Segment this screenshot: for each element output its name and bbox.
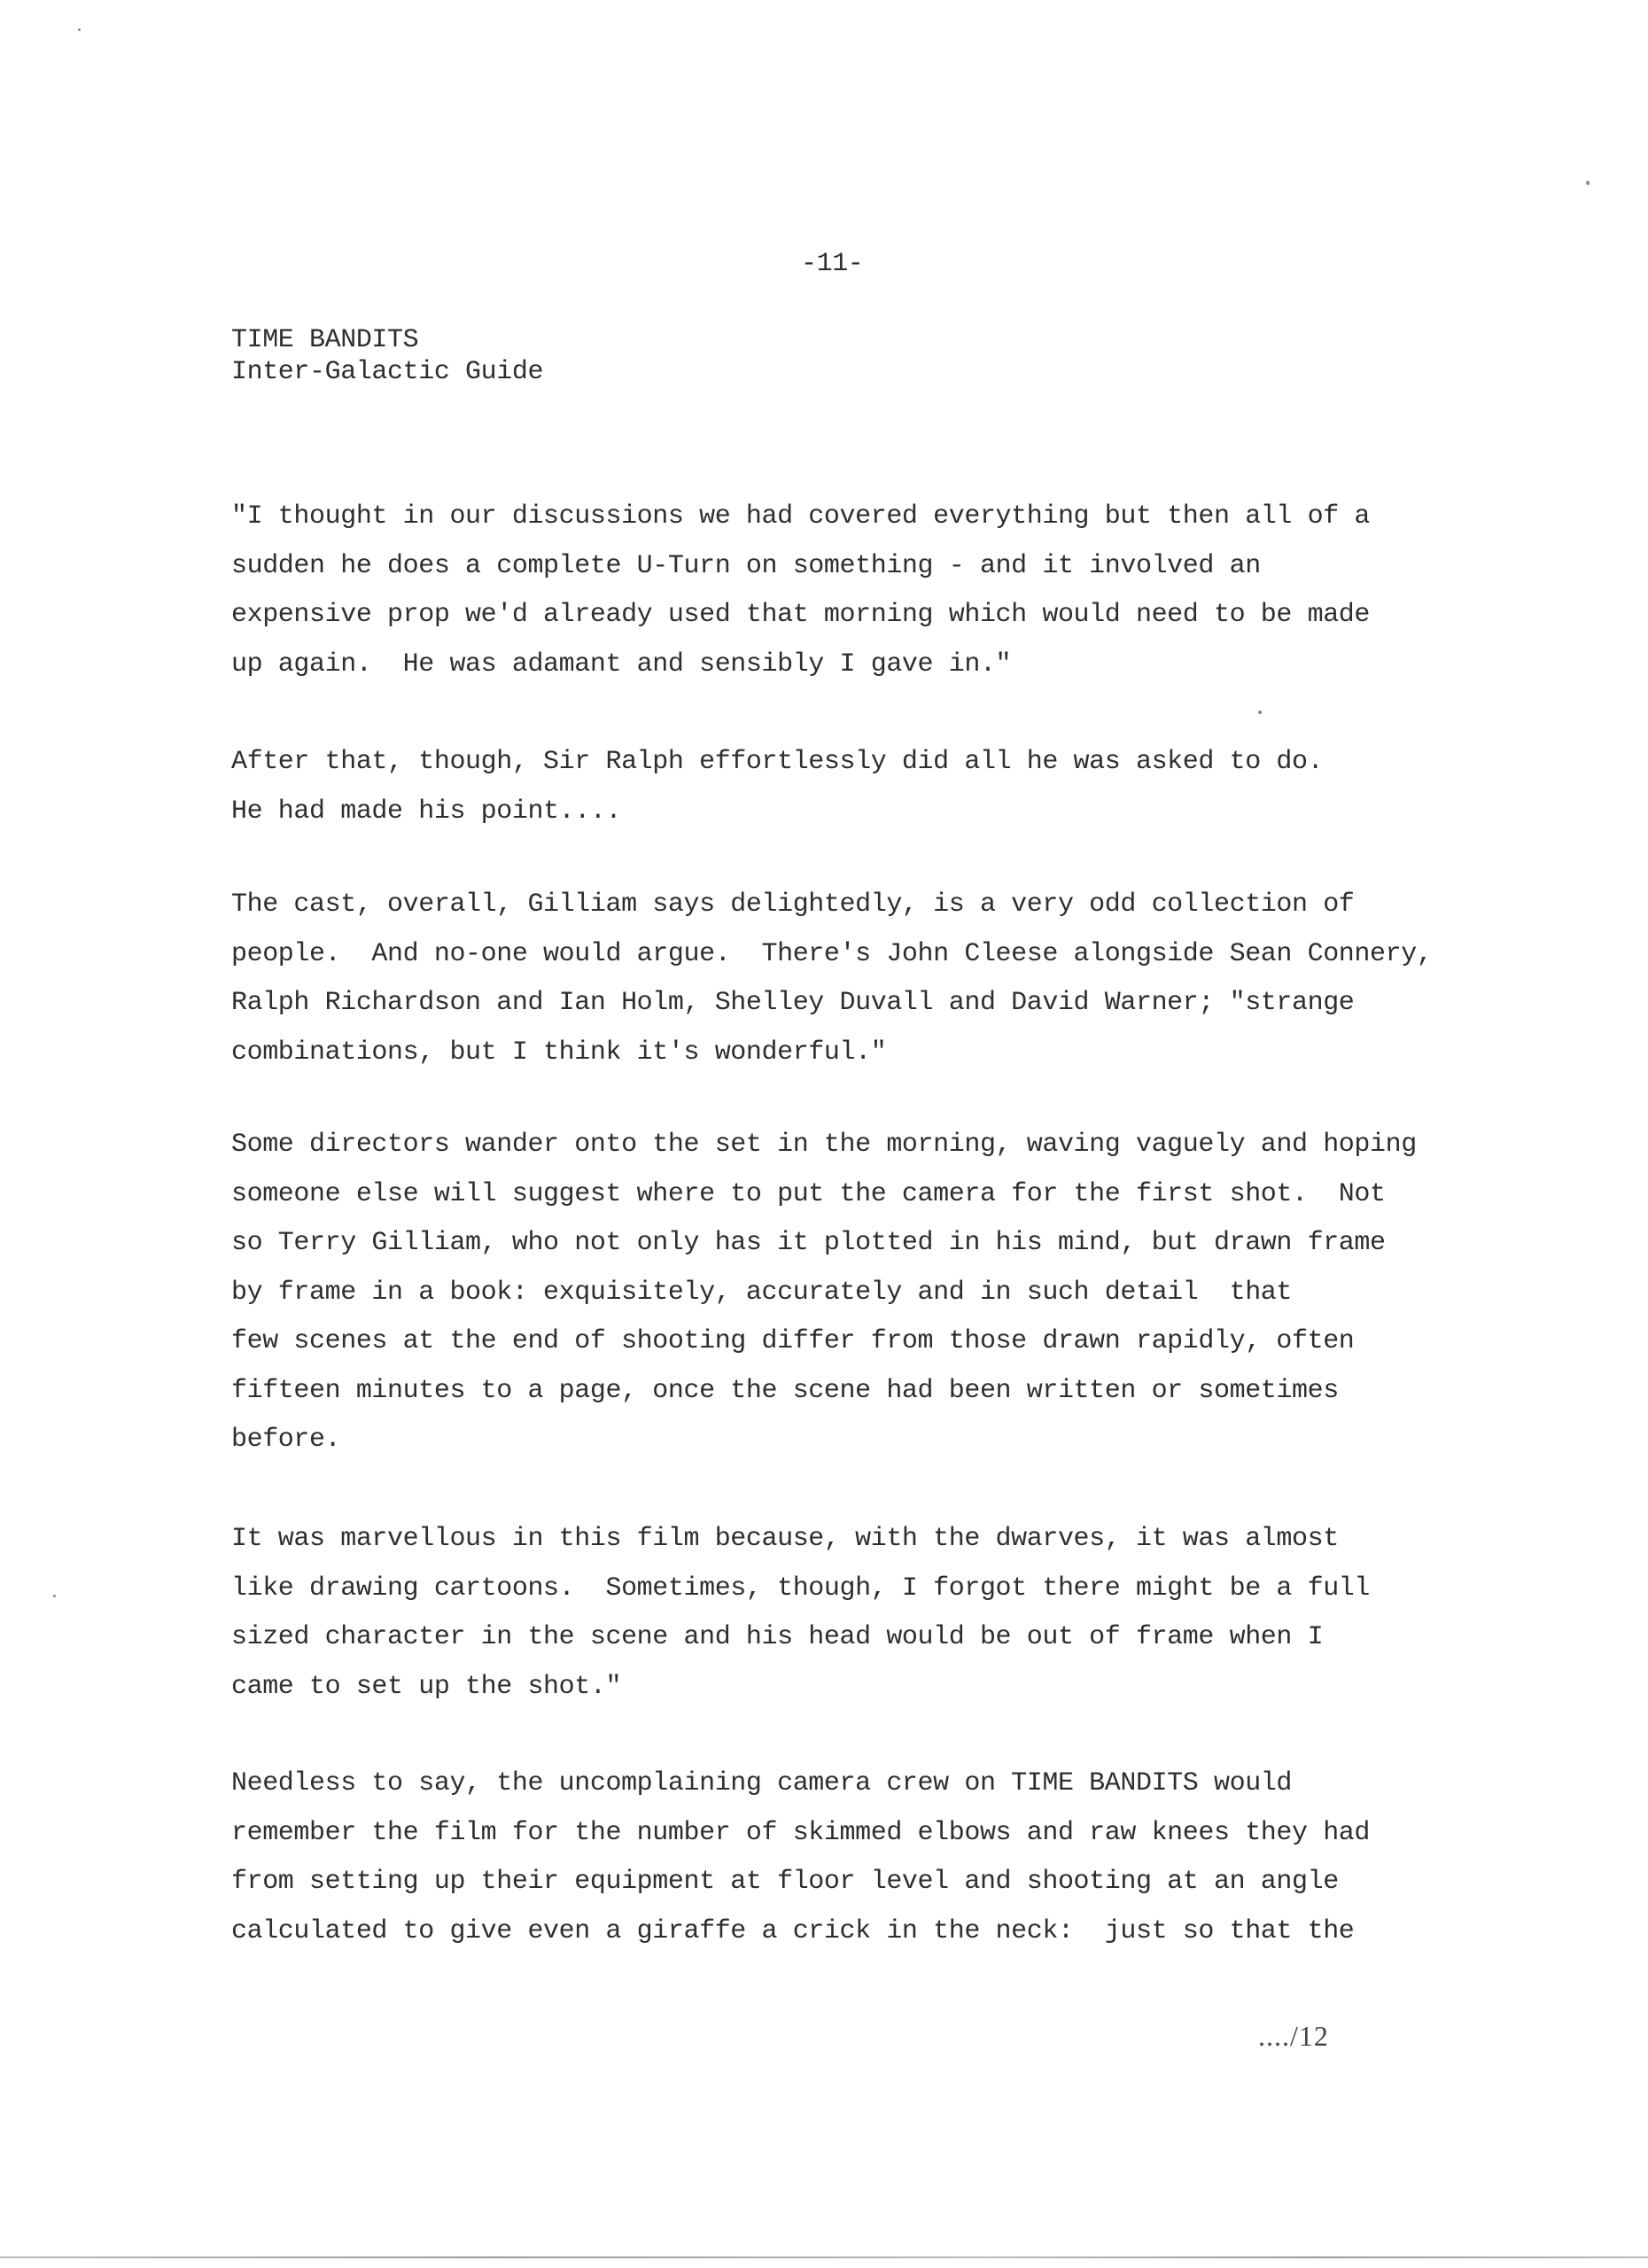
text-line: sized character in the scene and his hea… — [231, 1621, 1370, 1671]
scan-speck — [1586, 181, 1590, 185]
text-line: Some directors wander onto the set in th… — [231, 1129, 1417, 1178]
text-line: before. — [231, 1424, 1417, 1473]
scan-speck — [78, 28, 81, 31]
text-line: few scenes at the end of shooting differ… — [231, 1325, 1417, 1375]
text-line: "I thought in our discussions we had cov… — [231, 501, 1370, 550]
text-line: so Terry Gilliam, who not only has it pl… — [231, 1227, 1417, 1277]
text-line: combinations, but I think it's wonderful… — [231, 1037, 1432, 1086]
text-line: from setting up their equipment at floor… — [231, 1866, 1370, 1915]
document-subtitle: Inter-Galactic Guide — [231, 356, 543, 388]
text-line: people. And no-one would argue. There's … — [231, 938, 1432, 988]
text-line: remember the film for the number of skim… — [231, 1817, 1370, 1867]
text-line: It was marvellous in this film because, … — [231, 1523, 1370, 1573]
paragraph-directors: Some directors wander onto the set in th… — [231, 1129, 1417, 1473]
text-line: fifteen minutes to a page, once the scen… — [231, 1375, 1417, 1425]
paragraph-sir-ralph: After that, though, Sir Ralph effortless… — [231, 746, 1323, 844]
paragraph-camera-crew: Needless to say, the uncomplaining camer… — [231, 1767, 1370, 1964]
page-number: -11- — [801, 248, 863, 280]
text-line: sudden he does a complete U-Turn on some… — [231, 550, 1370, 600]
document-title: TIME BANDITS — [231, 324, 418, 356]
text-line: someone else will suggest where to put t… — [231, 1178, 1417, 1228]
text-line: like drawing cartoons. Sometimes, though… — [231, 1573, 1370, 1622]
text-line: up again. He was adamant and sensibly I … — [231, 649, 1370, 698]
paragraph-cast: The cast, overall, Gilliam says delighte… — [231, 889, 1432, 1085]
paragraph-quote-cartoons: It was marvellous in this film because, … — [231, 1523, 1370, 1720]
text-line: The cast, overall, Gilliam says delighte… — [231, 889, 1432, 938]
continuation-marker: ..../12 — [1258, 2020, 1329, 2052]
text-line: calculated to give even a giraffe a cric… — [231, 1915, 1370, 1965]
text-line: Ralph Richardson and Ian Holm, Shelley D… — [231, 987, 1432, 1037]
text-line: came to set up the shot." — [231, 1671, 1370, 1720]
text-line: by frame in a book: exquisitely, accurat… — [231, 1277, 1417, 1326]
text-line: expensive prop we'd already used that mo… — [231, 599, 1370, 649]
scan-speck — [53, 1595, 56, 1597]
text-line: He had made his point.... — [231, 796, 1323, 845]
page-edge-line — [0, 2256, 1648, 2258]
scan-speck — [1258, 711, 1262, 714]
text-line: After that, though, Sir Ralph effortless… — [231, 746, 1323, 796]
text-line: Needless to say, the uncomplaining camer… — [231, 1767, 1370, 1817]
paragraph-quote-u-turn: "I thought in our discussions we had cov… — [231, 501, 1370, 697]
